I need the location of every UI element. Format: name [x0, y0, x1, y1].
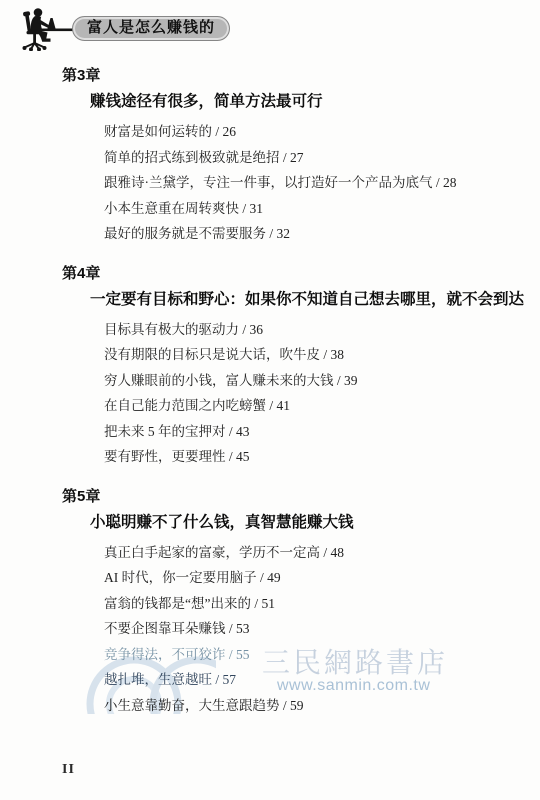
chapter-number: 第5章 [62, 488, 540, 506]
page-number: II [62, 762, 75, 778]
book-title: 富人是怎么赚钱的 [87, 19, 215, 36]
toc-entry: 简单的招式练到极致就是绝招 / 27 [104, 145, 540, 171]
chapter-4-section: 第4章 一定要有目标和野心：如果你不知道自己想去哪里，就不会到达 目标具有极大的… [0, 265, 540, 470]
chapter-title: 小聪明赚不了什么钱，真智慧能赚大钱 [90, 513, 540, 533]
toc-entry: 不要企图靠耳朵赚钱 / 53 [104, 616, 540, 642]
table-of-contents: 第3章 赚钱途径有很多，简单方法最可行 财富是如何运转的 / 26 简单的招式练… [0, 67, 540, 718]
toc-entry: 跟雅诗·兰黛学，专注一件事，以打造好一个产品为底气 / 28 [104, 170, 540, 196]
chapter-3-section: 第3章 赚钱途径有很多，简单方法最可行 财富是如何运转的 / 26 简单的招式练… [0, 67, 540, 247]
toc-entry: 最好的服务就是不需要服务 / 32 [104, 221, 540, 247]
page-header: 富人是怎么赚钱的 [14, 4, 230, 52]
toc-entry: 竞争得法，不可狡诈 / 55 [104, 642, 540, 668]
toc-entry: 真正白手起家的富豪，学历不一定高 / 48 [104, 540, 540, 566]
toc-entry: 把未来 5 年的宝押对 / 43 [104, 419, 540, 445]
toc-entry: 财富是如何运转的 / 26 [104, 119, 540, 145]
person-working-at-desk-icon [14, 5, 78, 51]
book-title-badge: 富人是怎么赚钱的 [72, 16, 230, 41]
book-toc-page: 三民網路書店 www.sanmin.com.tw [0, 0, 540, 800]
toc-entry: 穷人赚眼前的小钱，富人赚未来的大钱 / 39 [104, 368, 540, 394]
chapter-item-list: 真正白手起家的富豪，学历不一定高 / 48 AI 时代，你一定要用脑子 / 49… [104, 540, 540, 719]
chapter-5-section: 第5章 小聪明赚不了什么钱，真智慧能赚大钱 真正白手起家的富豪，学历不一定高 /… [0, 488, 540, 719]
chapter-item-list: 财富是如何运转的 / 26 简单的招式练到极致就是绝招 / 27 跟雅诗·兰黛学… [104, 119, 540, 247]
chapter-title: 一定要有目标和野心：如果你不知道自己想去哪里，就不会到达 [90, 290, 540, 310]
chapter-number: 第4章 [62, 265, 540, 283]
toc-entry: 小生意靠勤奋，大生意跟趋势 / 59 [104, 693, 540, 719]
toc-entry: 要有野性，更要理性 / 45 [104, 444, 540, 470]
toc-entry: 越扎堆，生意越旺 / 57 [104, 667, 540, 693]
toc-entry: 小本生意重在周转爽快 / 31 [104, 196, 540, 222]
chapter-number: 第3章 [62, 67, 540, 85]
toc-entry: 富翁的钱都是“想”出来的 / 51 [104, 591, 540, 617]
toc-entry: 在自己能力范围之内吃螃蟹 / 41 [104, 393, 540, 419]
toc-entry: 目标具有极大的驱动力 / 36 [104, 317, 540, 343]
chapter-title: 赚钱途径有很多，简单方法最可行 [90, 92, 540, 112]
toc-entry: 没有期限的目标只是说大话，吹牛皮 / 38 [104, 342, 540, 368]
chapter-item-list: 目标具有极大的驱动力 / 36 没有期限的目标只是说大话，吹牛皮 / 38 穷人… [104, 317, 540, 470]
toc-entry: AI 时代，你一定要用脑子 / 49 [104, 565, 540, 591]
